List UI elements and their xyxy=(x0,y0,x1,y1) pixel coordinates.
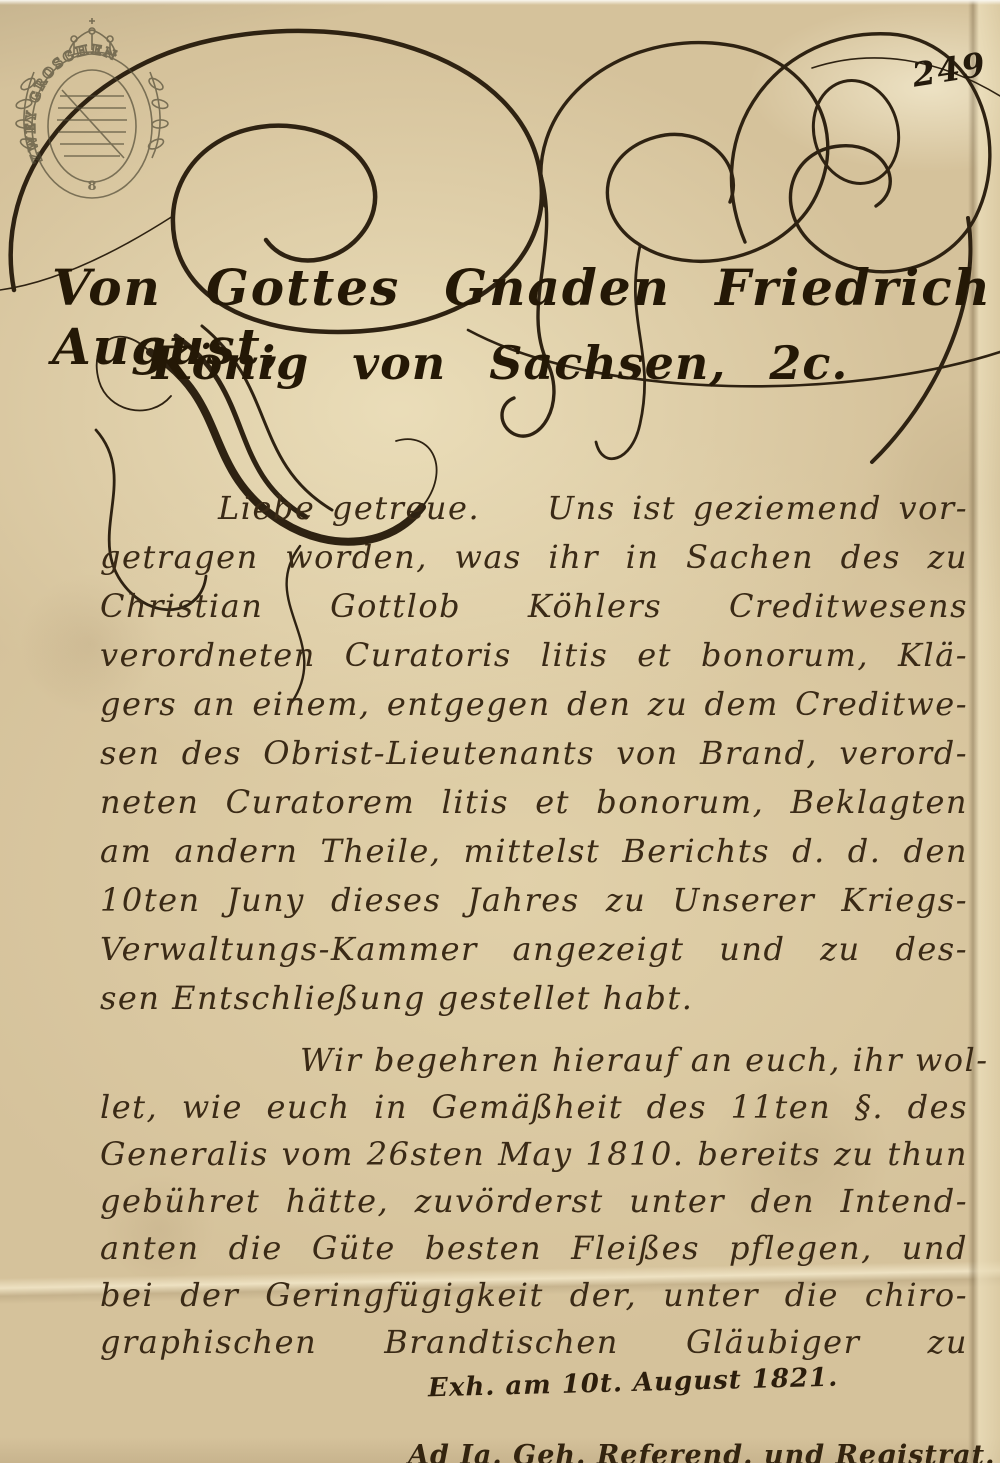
body-line: Christian Gottlob Köhlers Creditwesens xyxy=(100,582,968,631)
body-line: 10ten Juny dieses Jahres zu Unserer Krie… xyxy=(100,876,968,925)
registry-note-cutoff: Ad Ia. Geh. Referend. und Registrat. xyxy=(408,1440,996,1463)
body-line: neten Curatorem litis et bonorum, Beklag… xyxy=(100,778,968,827)
svg-text:ZWEY GROSCHEN: ZWEY GROSCHEN xyxy=(24,43,120,165)
paragraph-2: Wir begehren hierauf an euch, ihr wol- l… xyxy=(100,1037,968,1366)
letter-body: Liebe getreue. Uns ist geziemend vor- ge… xyxy=(100,484,968,1366)
heading-royal-title-line2: König von Sachsen, 2c. xyxy=(0,336,1000,390)
shield-icon xyxy=(57,90,127,158)
body-line: Verwaltungs-Kammer angezeigt und zu des- xyxy=(100,925,968,974)
stamp-band-text: ZWEY GROSCHEN xyxy=(24,43,120,165)
body-line: bei der Geringfügigkeit der, unter die c… xyxy=(100,1272,968,1319)
body-line: anten die Güte besten Fleißes pflegen, u… xyxy=(100,1225,968,1272)
paragraph-1: Liebe getreue. Uns ist geziemend vor- ge… xyxy=(100,484,968,1023)
body-line: gebühret hätte, zuvörderst unter den Int… xyxy=(100,1178,968,1225)
body-line: let, wie euch in Gemäßheit des 11ten §. … xyxy=(100,1084,968,1131)
revenue-stamp: ZWEY GROSCHEN 8 xyxy=(12,12,172,212)
page-number: 249 xyxy=(909,44,989,94)
manuscript-page: ZWEY GROSCHEN 8 249 Von Gottes Gnaden Fr… xyxy=(0,0,1000,1463)
body-line: sen Entschließung gestellet habt. xyxy=(100,974,968,1023)
body-line: verordneten Curatoris litis et bonorum, … xyxy=(100,631,968,680)
body-line: Liebe getreue. Uns ist geziemend vor- xyxy=(100,484,968,533)
body-line: sen des Obrist-Lieutenants von Brand, ve… xyxy=(100,729,968,778)
exhibitum-dateline: Exh. am 10t. August 1821. xyxy=(428,1363,839,1404)
stamp-band-inner xyxy=(48,70,136,182)
body-line: Wir begehren hierauf an euch, ihr wol- xyxy=(100,1037,968,1084)
body-line: getragen worden, was ihr in Sachen des z… xyxy=(100,533,968,582)
body-line: Generalis vom 26sten May 1810. bereits z… xyxy=(100,1131,968,1178)
body-line: am andern Theile, mittelst Berichts d. d… xyxy=(100,827,968,876)
stamp-denomination: 8 xyxy=(87,179,96,194)
body-line: gers an einem, entgegen den zu dem Credi… xyxy=(100,680,968,729)
body-line: graphischen Brandtischen Gläubiger zu xyxy=(100,1319,968,1366)
